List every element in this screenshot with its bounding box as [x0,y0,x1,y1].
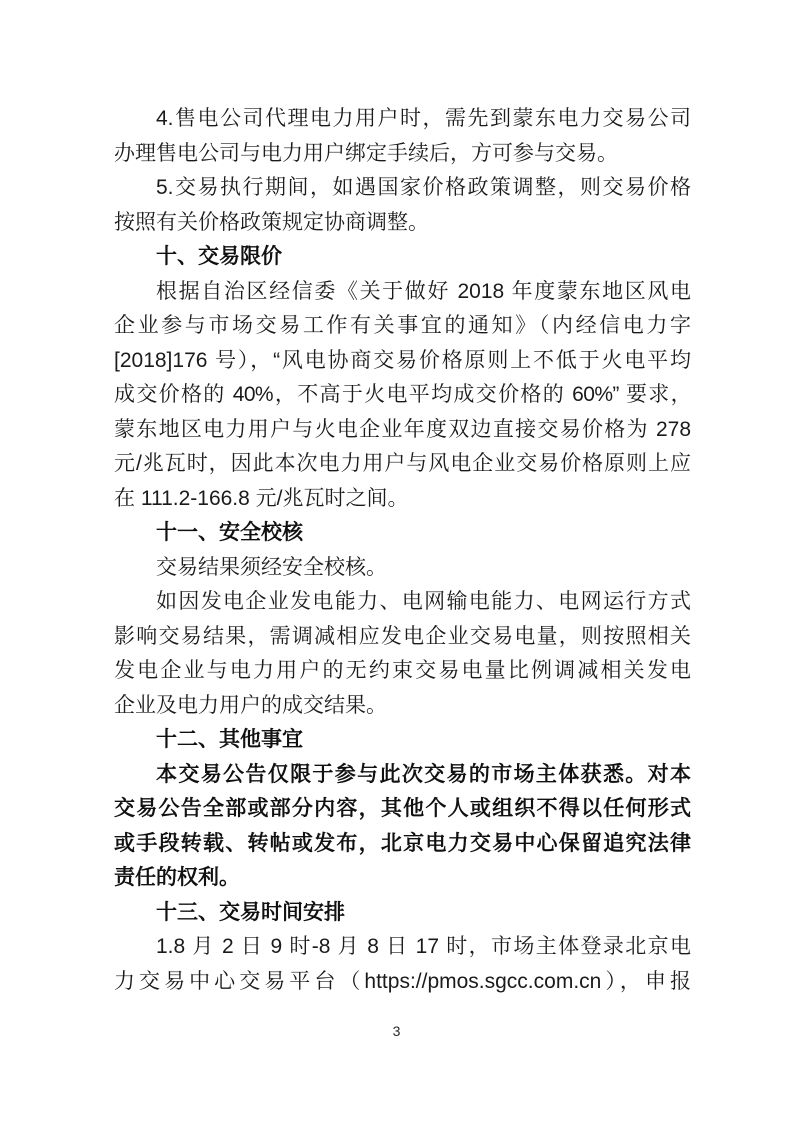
text-line: 按照有关价格政策规定协商调整。 [114,206,691,241]
text-line: 4.售电公司代理电力用户时，需先到蒙东电力交易公司 [114,102,691,137]
heading-section-ten-trading-price-limit: 十、交易限价 [114,240,691,275]
text-line: 交易结果须经安全校核。 [114,551,691,586]
text-line: 1.8 月 2 日 9 时-8 月 8 日 17 时，市场主体登录北京电 [114,930,691,965]
text-line: 成交价格的 40%，不高于火电平均成交价格的 60%” 要求， [114,378,691,413]
text-line: 在 111.2-166.8 元/兆瓦时之间。 [114,482,691,517]
text-line: 企业参与市场交易工作有关事宜的通知》（内经信电力字 [114,309,691,344]
page-number: 3 [0,1023,793,1039]
heading-section-twelve-other-matters: 十二、其他事宜 [114,723,691,758]
text-line: 如因发电企业发电能力、电网输电能力、电网运行方式 [114,585,691,620]
text-line: 蒙东地区电力用户与火电企业年度双边直接交易价格为 278 [114,413,691,448]
text-line: 或手段转载、转帖或发布，北京电力交易中心保留追究法律 [114,827,691,862]
text-line: 影响交易结果，需调减相应发电企业交易电量，则按照相关 [114,620,691,655]
text-line: 企业及电力用户的成交结果。 [114,689,691,724]
text-line: 交易公告全部或部分内容，其他个人或组织不得以任何形式 [114,792,691,827]
heading-section-thirteen-trading-schedule: 十三、交易时间安排 [114,896,691,931]
text-line: [2018]176 号），“风电协商交易价格原则上不低于火电平均 [114,344,691,379]
text-line: 本交易公告仅限于参与此次交易的市场主体获悉。对本 [114,758,691,793]
text-line: 办理售电公司与电力用户绑定手续后，方可参与交易。 [114,137,691,172]
document-body: 4.售电公司代理电力用户时，需先到蒙东电力交易公司 办理售电公司与电力用户绑定手… [114,102,691,999]
heading-section-eleven-security-check: 十一、安全校核 [114,516,691,551]
text-line: 力交易中心交易平台（https://pmos.sgcc.com.cn），申报 [114,965,691,1000]
text-line: 元/兆瓦时，因此本次电力用户与风电企业交易价格原则上应 [114,447,691,482]
text-line: 5.交易执行期间，如遇国家价格政策调整，则交易价格 [114,171,691,206]
text-line: 根据自治区经信委《关于做好 2018 年度蒙东地区风电 [114,275,691,310]
text-line: 责任的权利。 [114,861,691,896]
document-page: 4.售电公司代理电力用户时，需先到蒙东电力交易公司 办理售电公司与电力用户绑定手… [0,0,793,1122]
text-line: 发电企业与电力用户的无约束交易电量比例调减相关发电 [114,654,691,689]
